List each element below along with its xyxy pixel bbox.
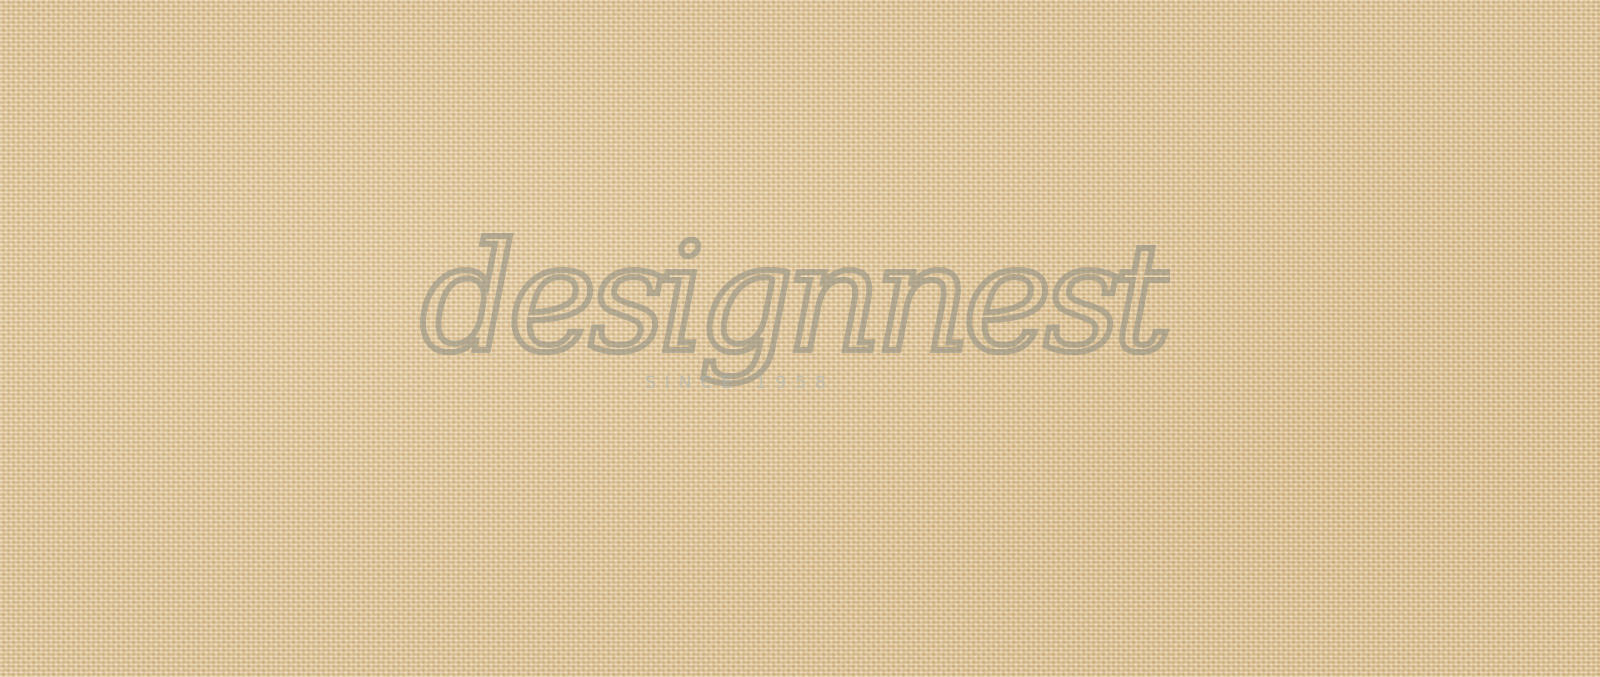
watermark: designnest.gr SINCE 1958 <box>410 200 1170 470</box>
watermark-subtitle: SINCE 1958 <box>645 373 835 393</box>
watermark-logo-text: designnest.gr <box>420 212 1170 386</box>
